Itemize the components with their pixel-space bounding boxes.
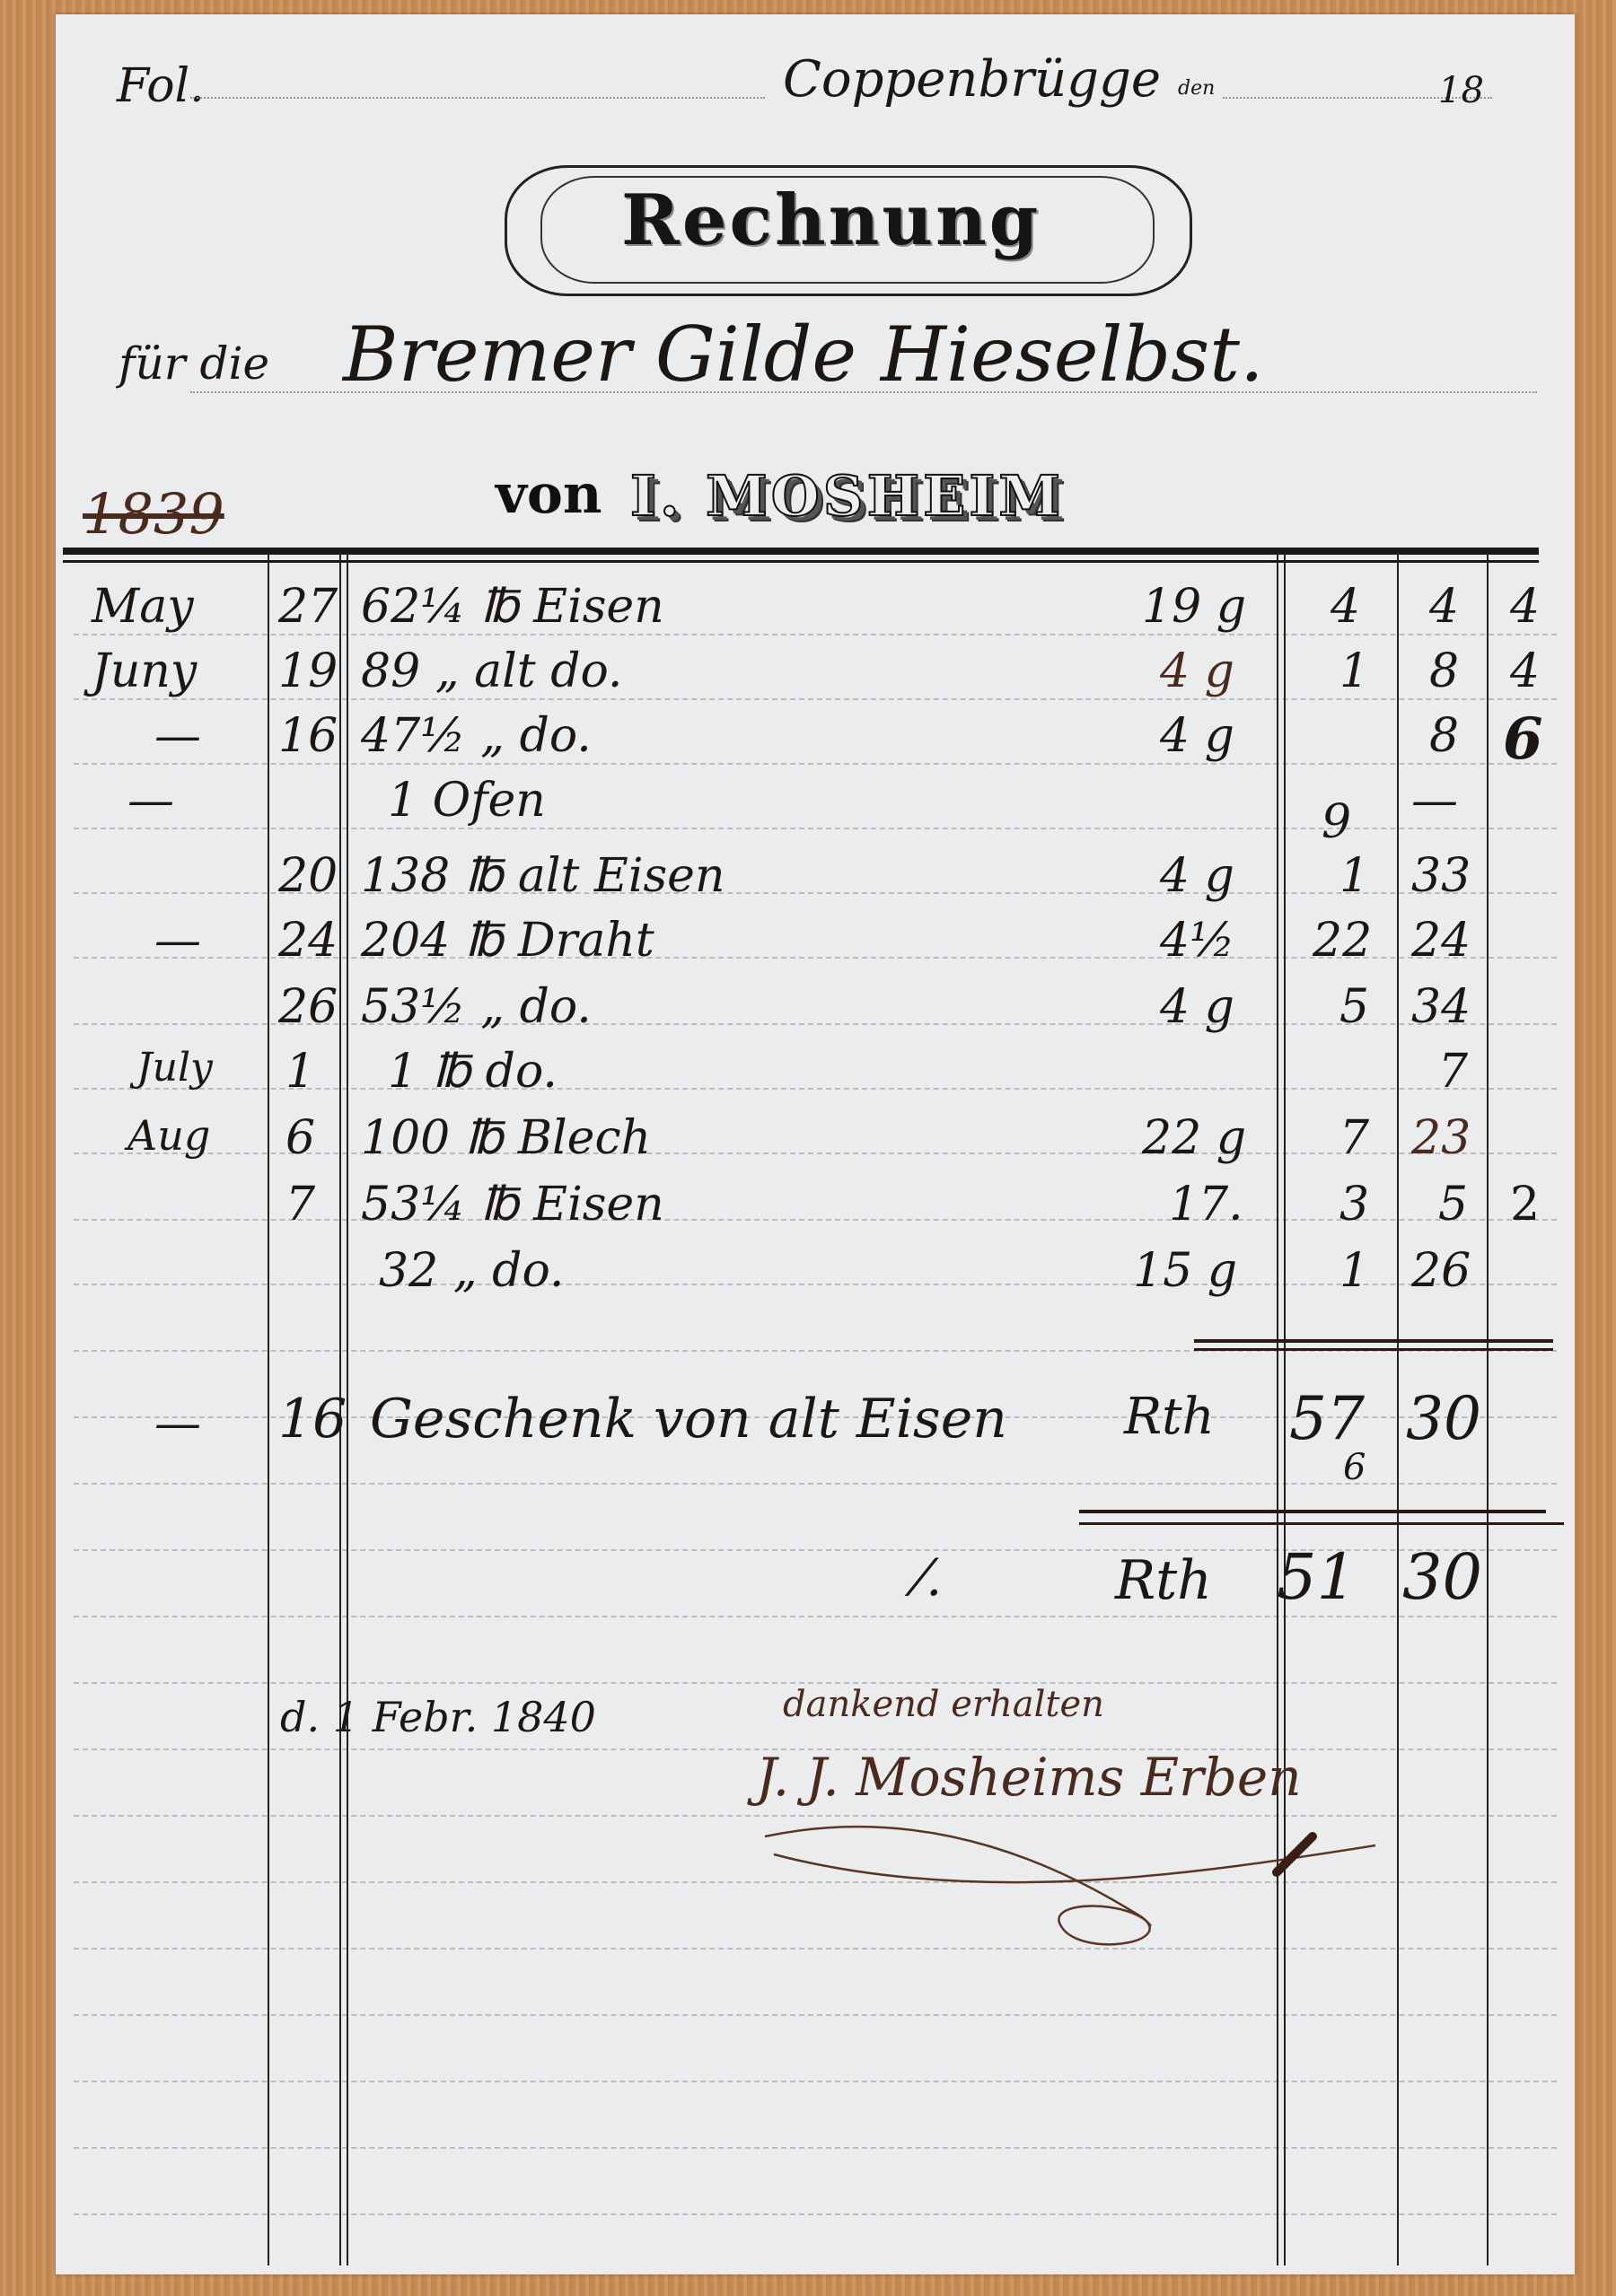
row-unit-price: 17. — [1169, 1178, 1243, 1231]
row-month: July — [136, 1045, 213, 1091]
row-month: May — [92, 580, 194, 634]
subtotal-rule-top — [1194, 1339, 1553, 1343]
ruled-line — [74, 2014, 1557, 2016]
column-divider-month — [268, 553, 269, 2265]
ruled-line — [74, 634, 1557, 635]
row-description: 1 Ofen — [388, 774, 546, 828]
row-unit-price: 22 g — [1142, 1111, 1246, 1165]
row-description: 1 ℔ do. — [388, 1045, 558, 1099]
row-groschen: 5 — [1438, 1178, 1468, 1231]
total-prefix-mark: ⁄. — [918, 1549, 942, 1608]
ledger-year: 1839 — [83, 481, 224, 547]
row-pfennig: 4 — [1510, 644, 1540, 698]
row-day: 6 — [285, 1111, 315, 1165]
row-taler: 1 — [1339, 1244, 1369, 1298]
total-rule-bottom — [1079, 1522, 1564, 1525]
row-description: 204 ℔ Draht — [361, 914, 654, 968]
row-month: Juny — [92, 644, 197, 698]
invoice-sheet: Fol. Coppenbrügge den 18 Rechnung für di… — [56, 14, 1575, 2274]
ruled-line — [74, 698, 1557, 700]
row-description: 138 ℔ alt Eisen — [361, 849, 725, 903]
row-taler: 3 — [1339, 1178, 1369, 1231]
row-description: 62¼ ℔ Eisen — [361, 580, 664, 634]
header-thin-rule — [63, 560, 1539, 563]
ruled-line — [74, 2147, 1557, 2149]
header-thick-rule — [63, 548, 1539, 555]
row-unit-price: 4 g — [1160, 849, 1234, 903]
row-groschen: 7 — [1438, 1045, 1468, 1099]
receipt-text: dankend erhalten — [783, 1684, 1104, 1725]
row-description: 32 „ do. — [379, 1244, 564, 1298]
row-month: — — [154, 709, 201, 763]
row-groschen: 4 — [1429, 580, 1459, 634]
row-description: 53½ „ do. — [361, 980, 592, 1034]
row-groschen: 33 — [1411, 849, 1471, 903]
merchant-name: I. MOSHEIM — [630, 463, 1064, 529]
row-unit-price: 4 g — [1160, 709, 1234, 763]
total-groschen: 30 — [1402, 1540, 1482, 1614]
signature: J. J. Mosheims Erben — [756, 1747, 1302, 1808]
total-currency: Rth — [1115, 1549, 1212, 1612]
row-taler: 22 — [1313, 914, 1372, 968]
ruled-line — [74, 1284, 1557, 1285]
row-groschen: 34 — [1411, 980, 1471, 1034]
row-unit-price: 4½ — [1160, 914, 1234, 968]
year-prefix: 18 — [1438, 70, 1484, 111]
row-month: — — [154, 914, 201, 968]
total-rule-top — [1079, 1510, 1546, 1513]
row-pfennig: 6 — [1503, 705, 1543, 773]
den-label: den — [1178, 77, 1215, 100]
row-day: 7 — [285, 1178, 315, 1231]
row-day: 24 — [278, 914, 338, 968]
folio-label: Fol. — [117, 59, 205, 113]
subtotal-taler: 57 — [1289, 1384, 1365, 1453]
row-groschen: 26 — [1411, 1244, 1471, 1298]
row-day: 19 — [278, 644, 338, 698]
row-description: 100 ℔ Blech — [361, 1111, 651, 1165]
invoice-title: Rechnung — [621, 180, 1041, 261]
subtotal-day: 16 — [278, 1388, 347, 1450]
row-groschen: 23 — [1411, 1111, 1471, 1165]
receipt-date: d. 1 Febr. 1840 — [280, 1693, 596, 1741]
ruled-line — [74, 763, 1557, 765]
row-day: 26 — [278, 980, 338, 1034]
row-month: Aug — [127, 1111, 210, 1160]
row-unit-price: 19 g — [1142, 580, 1246, 634]
row-groschen: — — [1411, 774, 1458, 828]
column-divider-taler — [1397, 553, 1399, 2265]
subtotal-description: Geschenk von alt Eisen — [370, 1388, 1007, 1450]
subtotal-groschen: 30 — [1406, 1384, 1481, 1453]
row-groschen: 24 — [1411, 914, 1471, 968]
row-unit-price: 4 g — [1160, 644, 1234, 698]
from-label: von — [496, 463, 602, 526]
signature-flourish-icon — [756, 1801, 1384, 1962]
row-day: 27 — [278, 580, 338, 634]
ruled-line — [74, 1616, 1557, 1617]
row-taler: 1 — [1339, 849, 1369, 903]
row-pfennig: 4 — [1510, 580, 1540, 634]
row-day: 20 — [278, 849, 338, 903]
recipient-name: Bremer Gilde Hieselbst. — [343, 311, 1264, 399]
row-groschen: 8 — [1429, 644, 1459, 698]
row-groschen: 8 — [1429, 709, 1459, 763]
row-description: 47½ „ do. — [361, 709, 592, 763]
row-taler: 7 — [1339, 1111, 1369, 1165]
total-taler: 51 — [1277, 1540, 1357, 1614]
row-pfennig: 2 — [1510, 1178, 1540, 1231]
row-taler: 1 — [1339, 644, 1369, 698]
ruled-line — [74, 2213, 1557, 2215]
subtotal-currency: Rth — [1124, 1388, 1215, 1446]
place-name: Coppenbrügge — [783, 50, 1161, 109]
subtotal-month: — — [154, 1397, 201, 1450]
row-description: 53¼ ℔ Eisen — [361, 1178, 664, 1231]
row-day: 16 — [278, 709, 338, 763]
column-divider-groschen — [1487, 553, 1489, 2265]
row-unit-price: 15 g — [1133, 1244, 1237, 1298]
subtotal-taler-sub: 6 — [1343, 1447, 1366, 1488]
row-taler: 4 — [1331, 580, 1360, 634]
row-month: — — [127, 774, 174, 828]
row-description: 89 „ alt do. — [361, 644, 622, 698]
recipient-prefix: für die — [119, 337, 269, 390]
folio-dotted-line — [190, 97, 765, 99]
row-taler: 9 — [1322, 795, 1351, 849]
row-taler: 5 — [1339, 980, 1369, 1034]
ruled-line — [74, 2081, 1557, 2082]
row-day: 1 — [285, 1045, 315, 1099]
ruled-line — [74, 1483, 1557, 1485]
column-divider-description — [1277, 553, 1286, 2265]
subtotal-rule-bottom — [1194, 1348, 1553, 1351]
row-unit-price: 4 g — [1160, 980, 1234, 1034]
